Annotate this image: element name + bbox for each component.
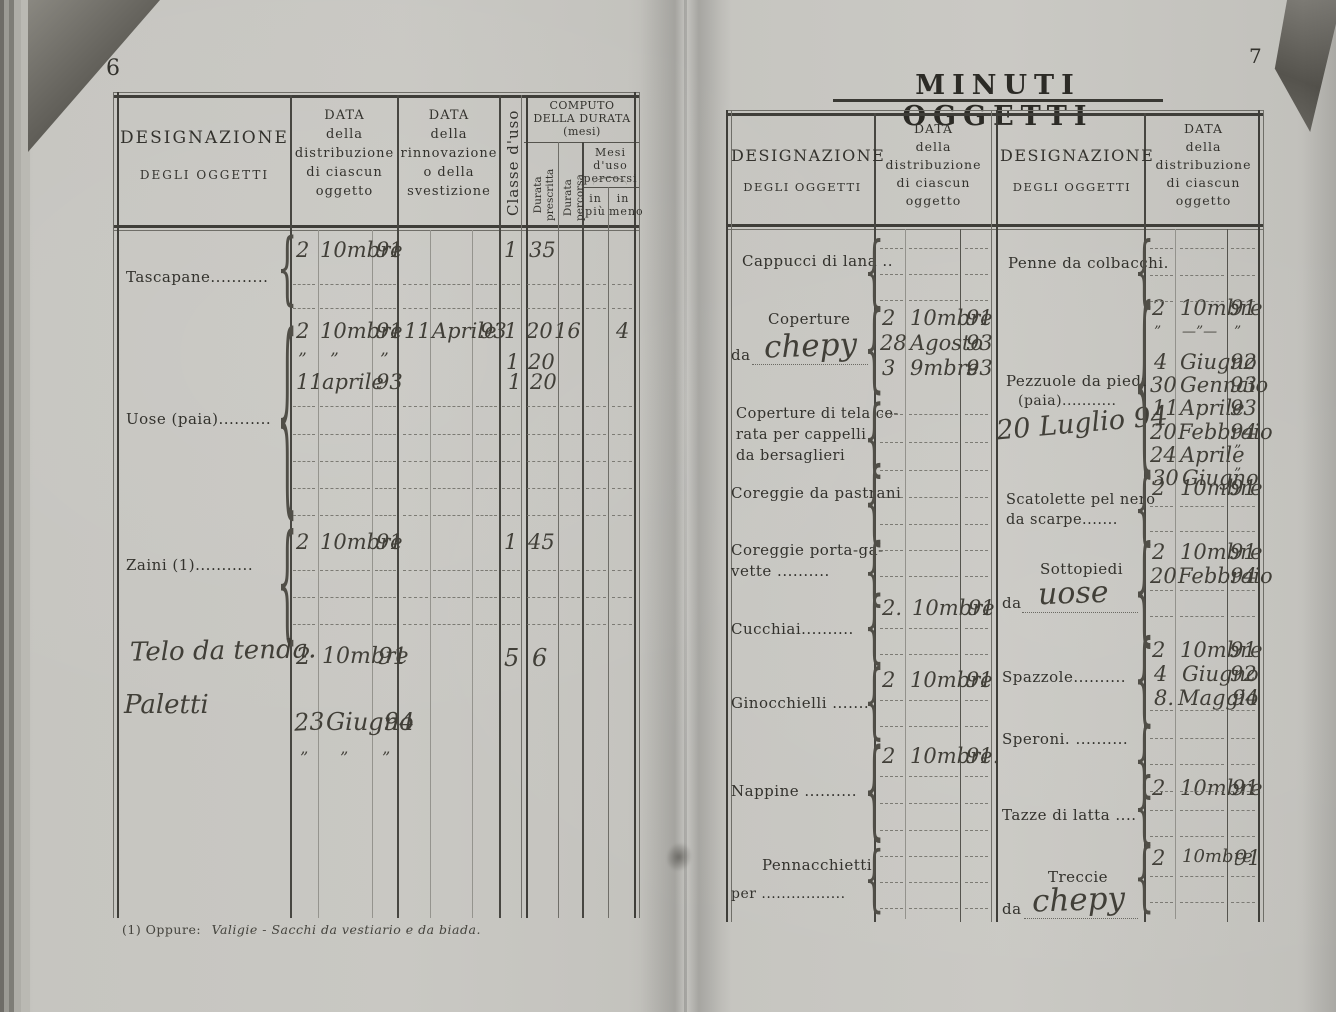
dotted-rule: [375, 308, 396, 309]
dotted-rule: [476, 284, 497, 285]
dotted-rule: [502, 434, 520, 435]
dotted-rule: [1150, 836, 1173, 837]
dotted-rule: [502, 624, 520, 625]
dotted-rule: [965, 856, 988, 857]
dotted-rule: [293, 308, 315, 309]
dotted-rule: [880, 442, 903, 443]
dotted-rule: [909, 882, 958, 883]
dotted-rule: [403, 515, 428, 516]
dotted-rule: [375, 406, 396, 407]
dotted-rule: [1180, 738, 1224, 739]
dotted-rule: [1150, 738, 1173, 739]
dotted-rule: [909, 830, 958, 831]
ditto-month: ”: [340, 748, 348, 767]
date-day: 2: [1152, 638, 1165, 662]
dotted-rule: [1231, 902, 1255, 903]
dotted-rule: [320, 406, 370, 407]
dotted-rule: [965, 700, 988, 701]
dotted-rule: [375, 624, 396, 625]
date-day: 2: [296, 644, 311, 670]
dotted-rule: [1150, 902, 1173, 903]
dotted-rule: [880, 628, 903, 629]
durata-percorsa-value: 16: [554, 319, 581, 343]
col-header-in-piu: in più: [583, 192, 608, 218]
ditto-year: ”: [1234, 443, 1241, 459]
row-label-ginocchielli: Ginocchielli .......: [731, 694, 869, 712]
date-day: 3: [882, 356, 895, 380]
dotted-rule: [476, 308, 497, 309]
row-label-tascapane: Tascapane...........: [126, 268, 268, 286]
dotted-rule: [965, 776, 988, 777]
table-a-left-border2: [731, 110, 732, 922]
date-day: 11: [296, 370, 323, 394]
dotted-rule: [527, 434, 556, 435]
dotted-rule: [880, 700, 903, 701]
date-year: 91.: [966, 744, 999, 768]
dotted-rule: [375, 515, 396, 516]
dotted-rule: [476, 488, 497, 489]
dotted-rule: [909, 576, 958, 577]
dotted-rule: [909, 497, 958, 498]
dotted-rule: [293, 515, 315, 516]
dotted-rule: [560, 308, 580, 309]
dotted-rule: [1150, 301, 1173, 302]
dotted-rule: [586, 284, 606, 285]
table-b-header-designazione: DESIGNAZIONE: [1000, 146, 1144, 165]
dotted-rule: [433, 308, 470, 309]
dotted-rule: [527, 624, 556, 625]
date-day: 20: [1150, 420, 1177, 444]
ditto-year: ”: [380, 350, 389, 370]
dotted-rule: [293, 461, 315, 462]
subcol-line: [608, 187, 609, 918]
date-day: 2: [296, 238, 309, 262]
dotted-rule: [1180, 710, 1224, 711]
left-table-header-rule2: [113, 230, 640, 231]
dotted-rule: [1180, 876, 1224, 877]
dotted-rule: [403, 624, 428, 625]
date-day: 23: [293, 707, 325, 737]
scanned-ledger-spread: 6 7 DESIGNAZIONE DEGLI OGGETTI DATA dell…: [0, 0, 1336, 1012]
col-header-designazione: DESIGNAZIONE: [119, 128, 290, 148]
dotted-rule: [880, 776, 903, 777]
ditto-day: ”: [300, 748, 308, 767]
dotted-rule: [375, 570, 396, 571]
dotted-rule: [1180, 836, 1224, 837]
rinn-day: 11: [404, 319, 431, 343]
dotted-rule: [320, 488, 370, 489]
dotted-rule: [476, 597, 497, 598]
dotted-rule: [1150, 710, 1173, 711]
dotted-rule: [965, 497, 988, 498]
dotted-rule: [880, 882, 903, 883]
dotted-rule: [909, 300, 958, 301]
dotted-rule: [1150, 590, 1173, 591]
dotted-rule: [560, 461, 580, 462]
dotted-rule: [320, 461, 370, 462]
right-table-header-rule: [726, 224, 1264, 227]
date-day: 2: [1152, 540, 1165, 564]
dotted-rule: [527, 597, 556, 598]
fill-line-coperture: [752, 364, 868, 365]
dotted-rule: [880, 414, 903, 415]
durata-prescritta-value: 35: [529, 238, 556, 262]
date-year: 91: [1230, 638, 1257, 662]
dotted-rule: [433, 488, 470, 489]
dotted-rule: [965, 882, 988, 883]
dotted-rule: [375, 434, 396, 435]
dotted-rule: [1231, 876, 1255, 877]
row-label-pezzuole: Pezzuole da piedi: [1006, 372, 1147, 390]
dotted-rule: [586, 570, 606, 571]
dotted-rule: [433, 624, 470, 625]
durata-prescritta-value: 20: [530, 370, 557, 394]
ditto-day: ”: [298, 350, 307, 370]
ditto-month: —”—: [1182, 324, 1217, 340]
dotted-rule: [880, 550, 903, 551]
dotted-rule: [612, 284, 632, 285]
dotted-rule: [909, 628, 958, 629]
dotted-rule: [320, 570, 370, 571]
page-number-right: 7: [1249, 44, 1262, 68]
dotted-rule: [1231, 616, 1255, 617]
date-day: 30: [1150, 373, 1177, 397]
classe-value: 1: [504, 238, 517, 262]
dotted-rule: [909, 414, 958, 415]
dotted-rule: [293, 597, 315, 598]
row-label-tazze: Tazze di latta ....: [1002, 806, 1136, 824]
dotted-rule: [502, 284, 520, 285]
row-label-treccie-chepy: chepy: [1031, 880, 1125, 919]
dotted-rule: [880, 248, 903, 249]
dotted-rule: [1150, 506, 1173, 507]
row-label-coperture-da: da: [731, 346, 751, 364]
dotted-rule: [880, 830, 903, 831]
dotted-rule: [965, 726, 988, 727]
row-label-coperture-chepy: chepy: [763, 326, 857, 365]
dotted-rule: [560, 284, 580, 285]
date-day: 2: [882, 668, 895, 692]
dotted-rule: [880, 470, 903, 471]
dotted-rule: [560, 597, 580, 598]
date-day: 2: [1152, 296, 1165, 320]
dotted-rule: [965, 654, 988, 655]
dotted-rule: [527, 406, 556, 407]
dotted-rule: [909, 470, 958, 471]
date-year: 94: [1232, 686, 1259, 710]
dotted-rule: [560, 406, 580, 407]
footnote-text: Valigie - Sacchi da vestiario e da biada…: [212, 922, 481, 937]
dotted-rule: [433, 570, 470, 571]
dotted-rule: [403, 434, 428, 435]
row-label-nappine: Nappine ..........: [731, 782, 857, 800]
dotted-rule: [560, 515, 580, 516]
dotted-rule: [527, 461, 556, 462]
subcol-line: [318, 230, 319, 918]
date-year: 91: [376, 530, 403, 554]
dotted-rule: [909, 550, 958, 551]
dotted-rule: [375, 597, 396, 598]
footnote: (1) Oppure: Valigie - Sacchi da vestiari…: [122, 922, 481, 937]
dotted-rule: [502, 488, 520, 489]
dotted-rule: [909, 908, 958, 909]
tables-separator2: [996, 110, 998, 922]
dotted-rule: [476, 461, 497, 462]
dotted-rule: [560, 488, 580, 489]
dotted-rule: [1180, 506, 1224, 507]
dotted-rule: [965, 470, 988, 471]
dotted-rule: [320, 434, 370, 435]
dotted-rule: [1231, 248, 1255, 249]
dotted-rule: [403, 284, 428, 285]
date-year: 93: [966, 331, 993, 355]
dotted-rule: [909, 248, 958, 249]
table-b-right-border2: [1263, 110, 1264, 922]
ditto-month: ”: [330, 350, 339, 370]
dotted-rule: [1231, 764, 1255, 765]
dotted-rule: [1150, 810, 1173, 811]
dotted-rule: [320, 624, 370, 625]
date-day: 4: [1154, 662, 1167, 686]
dotted-rule: [909, 856, 958, 857]
dotted-rule: [293, 284, 315, 285]
durata-prescritta-value: 6: [532, 644, 547, 672]
date-day: 2: [1152, 846, 1165, 870]
dotted-rule: [612, 570, 632, 571]
date-day: 2: [882, 744, 895, 768]
dotted-rule: [403, 308, 428, 309]
date-year: 92: [1230, 662, 1257, 686]
left-table-top-border: [113, 92, 640, 93]
dotted-rule: [1180, 248, 1224, 249]
in-meno-value: 4: [616, 319, 629, 343]
dotted-rule: [965, 274, 988, 275]
dotted-rule: [375, 284, 396, 285]
date-year: 91: [1232, 776, 1259, 800]
rinn-year: 93: [480, 319, 507, 343]
dotted-rule: [502, 406, 520, 407]
dotted-rule: [375, 461, 396, 462]
dotted-rule: [880, 654, 903, 655]
dotted-rule: [1231, 791, 1255, 792]
date-day: 2: [1152, 476, 1165, 500]
dotted-rule: [965, 803, 988, 804]
dotted-rule: [880, 300, 903, 301]
col-line: [521, 95, 522, 918]
date-day: 24: [1150, 443, 1177, 467]
dotted-rule: [1231, 301, 1255, 302]
dotted-rule: [1150, 876, 1173, 877]
durata-prescritta-value: 20: [526, 319, 553, 343]
dotted-rule: [502, 515, 520, 516]
mesi-box-rule: [582, 187, 640, 188]
row-label-pennacchietti: Pennacchietti: [762, 856, 872, 874]
right-table-top-border: [726, 110, 1264, 111]
date-year: 94: [1230, 420, 1257, 444]
dotted-rule: [1150, 531, 1173, 532]
durata-prescritta-value: 45: [528, 530, 555, 554]
date-day: 2: [296, 530, 309, 554]
date-year: 91: [378, 644, 407, 670]
row-label-telo-da-tenda: Telo da tenda.: [130, 634, 317, 667]
dotted-rule: [612, 515, 632, 516]
dotted-rule: [403, 488, 428, 489]
dotted-rule: [909, 803, 958, 804]
dotted-rule: [880, 524, 903, 525]
table-a-header-data: DATA della distribuzione di ciascun ogge…: [876, 120, 991, 210]
dotted-rule: [1231, 738, 1255, 739]
right-table-header-rule2: [726, 229, 1264, 230]
dotted-rule: [433, 515, 470, 516]
dotted-rule: [880, 274, 903, 275]
dotted-rule: [612, 434, 632, 435]
dotted-rule: [909, 776, 958, 777]
dotted-rule: [965, 300, 988, 301]
dotted-rule: [527, 570, 556, 571]
date-day: 4: [1154, 350, 1167, 374]
fill-line-treccie: [1024, 918, 1138, 919]
dotted-rule: [612, 488, 632, 489]
dotted-rule: [527, 284, 556, 285]
row-label-sottopiedi-da: da: [1002, 594, 1022, 612]
col-header-data-distribuzione: DATA della distribuzione di ciascun ogge…: [292, 106, 397, 201]
dotted-rule: [909, 442, 958, 443]
col-header-classe-duso: Classe d'uso: [504, 110, 522, 216]
date-year: 94: [1230, 564, 1257, 588]
dotted-rule: [612, 308, 632, 309]
date-year: 93: [1230, 373, 1257, 397]
col-line: [499, 95, 501, 918]
left-border-inner: [117, 92, 119, 918]
dotted-rule: [1150, 275, 1173, 276]
dotted-rule: [293, 406, 315, 407]
dotted-rule: [965, 908, 988, 909]
dotted-rule: [965, 576, 988, 577]
subcol-line: [558, 142, 559, 918]
table-a-left-border: [726, 110, 728, 922]
dotted-rule: [527, 488, 556, 489]
dotted-rule: [320, 308, 370, 309]
left-border-outer: [113, 92, 114, 918]
dotted-rule: [880, 803, 903, 804]
row-label-pennacchietti-per: per .................: [731, 886, 846, 902]
dotted-rule: [1180, 531, 1224, 532]
classe-value: 1: [504, 530, 517, 554]
dotted-rule: [965, 628, 988, 629]
left-table-header-rule: [113, 225, 640, 228]
dotted-rule: [1150, 248, 1173, 249]
dotted-rule: [909, 274, 958, 275]
dotted-rule: [1150, 764, 1173, 765]
dotted-rule: [320, 284, 370, 285]
dotted-rule: [293, 624, 315, 625]
dotted-rule: [320, 515, 370, 516]
dotted-rule: [433, 284, 470, 285]
col-header-data-rinnovazione: DATA della rinnovazione o della svestizi…: [399, 106, 499, 201]
dotted-rule: [909, 524, 958, 525]
dotted-rule: [476, 406, 497, 407]
dotted-rule: [909, 654, 958, 655]
dotted-rule: [586, 515, 606, 516]
dotted-rule: [880, 856, 903, 857]
dotted-rule: [1231, 836, 1255, 837]
dotted-rule: [502, 308, 520, 309]
dotted-rule: [965, 830, 988, 831]
dotted-rule: [527, 308, 556, 309]
tables-separator: [991, 110, 992, 922]
row-label-uose: Uose (paia)..........: [126, 410, 271, 428]
table-a-header-designazione: DESIGNAZIONE: [731, 146, 874, 165]
dotted-rule: [320, 597, 370, 598]
row-label-sottopiedi-uose: uose: [1037, 575, 1109, 612]
col-header-computo: COMPUTO DELLA DURATA (mesi): [526, 99, 638, 138]
date-day: 2: [882, 306, 895, 330]
dotted-rule: [476, 624, 497, 625]
dotted-rule: [880, 497, 903, 498]
table-b-header-data: DATA della distribuzione di ciascun ogge…: [1146, 120, 1261, 210]
date-year: 91: [968, 596, 995, 620]
dotted-rule: [1180, 301, 1224, 302]
fill-line-sottopiedi: [1022, 612, 1138, 613]
footnote-prefix: (1) Oppure:: [122, 922, 201, 937]
date-year: 91: [376, 319, 403, 343]
dotted-rule: [1180, 590, 1224, 591]
dotted-rule: [476, 570, 497, 571]
dotted-rule: [586, 461, 606, 462]
dotted-rule: [1180, 902, 1224, 903]
classe-value: 1: [508, 370, 521, 394]
col-line: [526, 95, 528, 918]
classe-value: 1: [504, 319, 517, 343]
date-day: 20: [1150, 564, 1177, 588]
date-year: 91: [1230, 540, 1257, 564]
right-edge-shade: [1302, 0, 1336, 1012]
dotted-rule: [560, 570, 580, 571]
dotted-rule: [1180, 791, 1224, 792]
dotted-rule: [1180, 275, 1224, 276]
dotted-rule: [502, 461, 520, 462]
dotted-rule: [965, 248, 988, 249]
dotted-rule: [612, 461, 632, 462]
date-year: 94: [384, 708, 415, 736]
dotted-rule: [1231, 506, 1255, 507]
dotted-rule: [1150, 616, 1173, 617]
date-year: 91: [376, 238, 403, 262]
dotted-rule: [1231, 810, 1255, 811]
dotted-rule: [965, 524, 988, 525]
dotted-rule: [612, 597, 632, 598]
dotted-rule: [1180, 810, 1224, 811]
col-header-durata-prescritta: Durata prescritta: [532, 169, 556, 221]
date-month: aprile: [322, 370, 384, 394]
title-underline: [833, 99, 1163, 102]
date-month: Febbraio: [1178, 564, 1273, 588]
classe-value: 5: [504, 644, 519, 672]
page-number-left: 6: [106, 56, 121, 81]
date-month: Febbraio: [1178, 420, 1273, 444]
date-day: 2: [1152, 776, 1165, 800]
dotted-rule: [1231, 531, 1255, 532]
date-year: 91: [1230, 476, 1257, 500]
dotted-rule: [909, 700, 958, 701]
dotted-rule: [433, 461, 470, 462]
dotted-rule: [586, 597, 606, 598]
date-year: 91: [1234, 846, 1261, 870]
dotted-rule: [403, 597, 428, 598]
dotted-rule: [403, 570, 428, 571]
col-header-degli-oggetti: DEGLI OGGETTI: [119, 168, 290, 182]
date-year: 93: [376, 370, 403, 394]
